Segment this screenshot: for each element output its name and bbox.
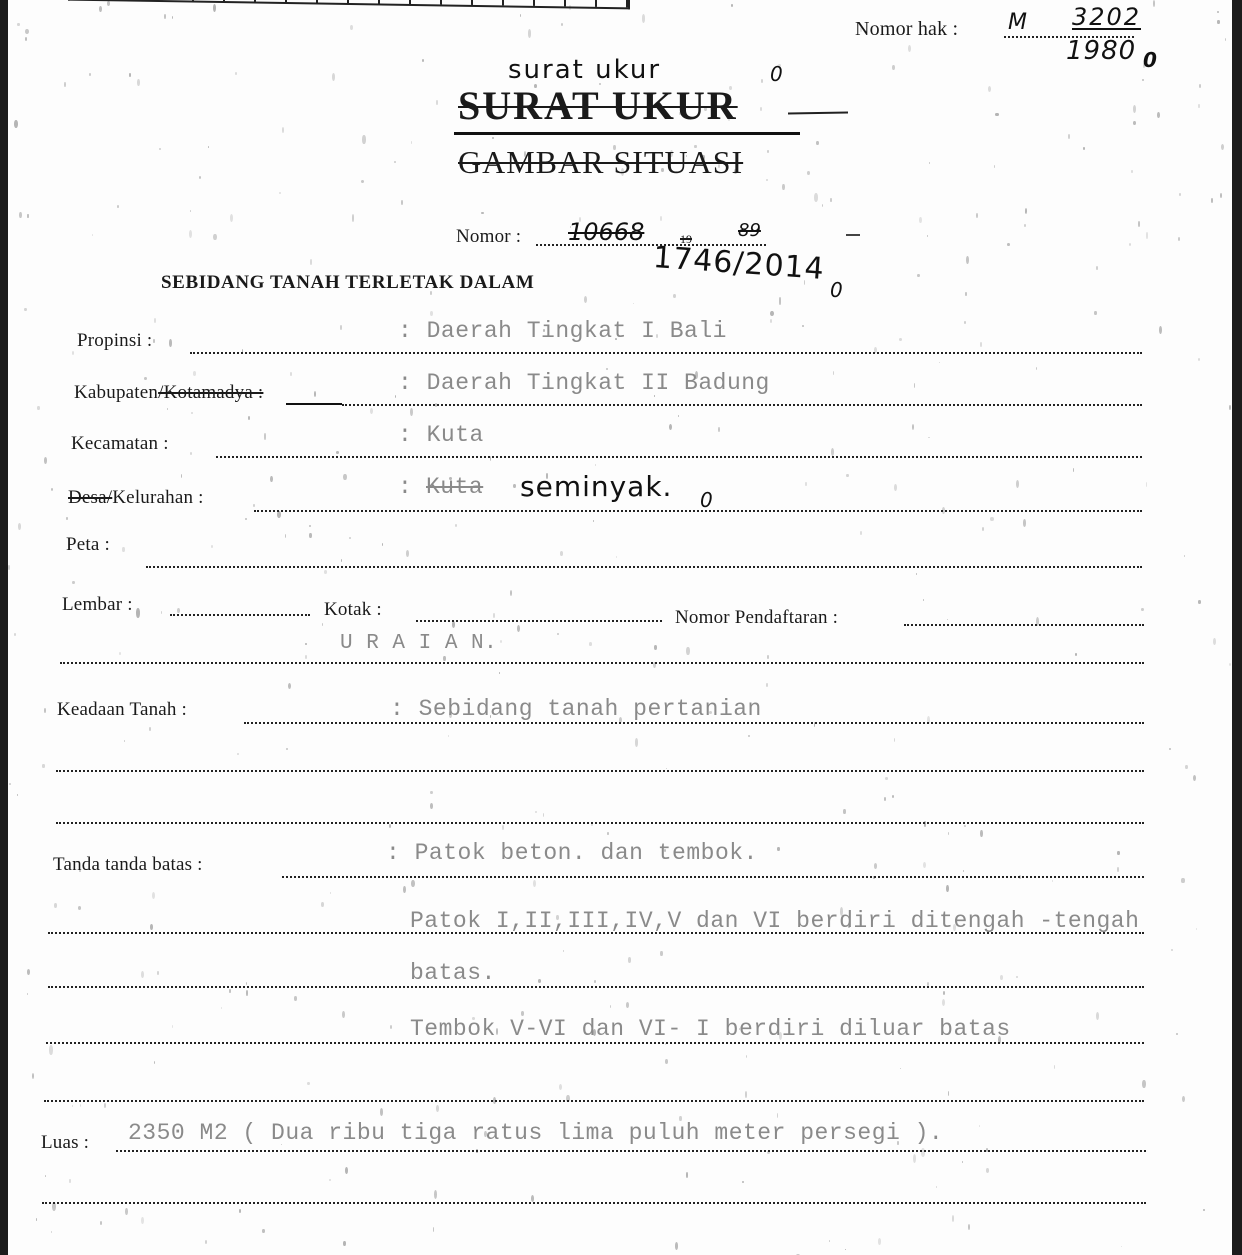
- title-handwritten-correction: surat ukur: [508, 55, 661, 85]
- initial-mark: 0: [1143, 48, 1157, 72]
- digit-cell: 4: [349, 0, 380, 3]
- tanda-batas-line-1: : Patok beton. dan tembok.: [386, 840, 758, 866]
- peta-dotted-line: [146, 566, 1142, 568]
- tanda-batas-label: Tanda tanda batas :: [53, 854, 203, 876]
- digit-cell: 2: [597, 0, 628, 7]
- dash-mark: [846, 234, 860, 236]
- digit-cell: ·: [380, 0, 411, 4]
- uraian-dotted-line: [60, 662, 1144, 664]
- luas-dotted-line: [116, 1150, 1146, 1152]
- keadaan-tanah-label: Keadaan Tanah :: [57, 699, 187, 721]
- section-heading: SEBIDANG TANAH TERLETAK DALAM: [161, 272, 534, 294]
- keadaan-tanah-dotted-line: [244, 722, 1144, 724]
- digit-cell: 3: [504, 0, 535, 6]
- blank-dotted-line: [46, 1042, 1144, 1044]
- kecamatan-label: Kecamatan :: [71, 433, 169, 455]
- propinsi-dotted-line: [190, 352, 1142, 354]
- blank-dotted-line: [42, 1202, 1146, 1204]
- blank-dotted-line: [48, 932, 1144, 934]
- luas-value: 2350 M2 ( Dua ribu tiga ratus lima puluh…: [128, 1120, 943, 1146]
- digit-cell: 0: [566, 0, 597, 7]
- digit-cell: 1: [411, 0, 442, 4]
- document-page: 7 0 4 · 1 · 0 3 2 0 2 Nomor hak : M 3202…: [8, 0, 1232, 1255]
- nomor-struck-year: 89: [738, 220, 761, 241]
- peta-label: Peta :: [66, 534, 110, 556]
- lembar-dotted-line: [170, 614, 310, 616]
- kecamatan-dotted-line: [216, 456, 1142, 458]
- digit-cell: [225, 0, 256, 2]
- digit-cell: 0: [473, 0, 504, 5]
- tanda-batas-line-2: Patok I,II,III,IV,V dan VI berdiri diten…: [410, 908, 1139, 934]
- blank-dotted-line: [56, 822, 1144, 824]
- registration-digit-boxes: 7 0 4 · 1 · 0 3 2 0 2: [68, 0, 630, 9]
- kelurahan-handwritten-value: seminyak.: [520, 470, 672, 503]
- nomor-hak-label: Nomor hak :: [855, 18, 958, 41]
- kelurahan-initial-mark: 0: [700, 488, 713, 512]
- tanda-batas-line-3: batas.: [410, 960, 496, 986]
- kelurahan-label: Desa/Kelurahan :: [68, 487, 204, 509]
- kelurahan-label-struck: Desa/: [68, 487, 112, 508]
- kelurahan-dotted-line: [254, 510, 1142, 512]
- lembar-label: Lembar :: [62, 594, 133, 616]
- kelurahan-value-struck: Kuta: [426, 474, 483, 500]
- digit-cell: ·: [442, 0, 473, 5]
- nomor-hak-number: 3202: [1072, 6, 1141, 30]
- title-initial-mark: 0: [770, 62, 783, 86]
- title-printed-struck: SURAT UKUR: [458, 82, 738, 129]
- tanda-batas-dotted-line: [282, 876, 1144, 878]
- digit-cell: 7: [256, 0, 287, 2]
- nomor-struck-value: 10668: [568, 218, 644, 246]
- digit-cell: 2: [535, 0, 566, 6]
- kotak-label: Kotak :: [324, 599, 382, 621]
- digit-cell: 0: [318, 0, 349, 3]
- title-underline: [454, 132, 800, 135]
- kecamatan-value: : Kuta: [398, 422, 484, 448]
- propinsi-label: Propinsi :: [77, 330, 152, 352]
- nomor-pendaftaran-dotted-line: [904, 624, 1144, 626]
- kabupaten-label-kept: Kabupaten: [74, 382, 158, 403]
- nomor-hak-year: 1980: [1066, 36, 1136, 66]
- kelurahan-label-kept: Kelurahan :: [112, 487, 203, 508]
- blank-dotted-line: [48, 986, 1144, 988]
- strike-extension: [788, 111, 848, 114]
- tanda-batas-line-4: Tembok V-VI dan VI- I berdiri diluar bat…: [410, 1016, 1011, 1042]
- label-strike-bar: [286, 403, 342, 405]
- nomor-pendaftaran-label: Nomor Pendaftaran :: [675, 607, 838, 629]
- uraian-heading: U R A I A N.: [340, 632, 497, 655]
- kabupaten-dotted-line: [342, 404, 1142, 406]
- nomor-hak-prefix: M: [1008, 10, 1027, 35]
- subtitle-struck: GAMBAR SITUASI: [458, 144, 743, 181]
- propinsi-value: : Daerah Tingkat I Bali: [398, 318, 727, 344]
- nomor-handwritten-value: 1746/2014: [652, 240, 826, 287]
- kabupaten-label-struck: /Kotamadya :: [158, 382, 263, 403]
- digit-cell: [287, 0, 318, 3]
- nomor-initial-mark: 0: [830, 278, 843, 302]
- kelurahan-value-prefix: :: [398, 474, 412, 500]
- digit-cell: [194, 0, 225, 1]
- kotak-dotted-line: [416, 620, 662, 622]
- blank-dotted-line: [44, 1100, 1144, 1102]
- kabupaten-value: : Daerah Tingkat II Badung: [398, 370, 770, 396]
- luas-label: Luas :: [41, 1132, 89, 1154]
- blank-dotted-line: [56, 770, 1144, 772]
- kabupaten-label: Kabupaten/Kotamadya :: [74, 382, 263, 404]
- digit-cell: [163, 0, 194, 1]
- nomor-label: Nomor :: [456, 226, 521, 248]
- keadaan-tanah-value: : Sebidang tanah pertanian: [390, 696, 762, 722]
